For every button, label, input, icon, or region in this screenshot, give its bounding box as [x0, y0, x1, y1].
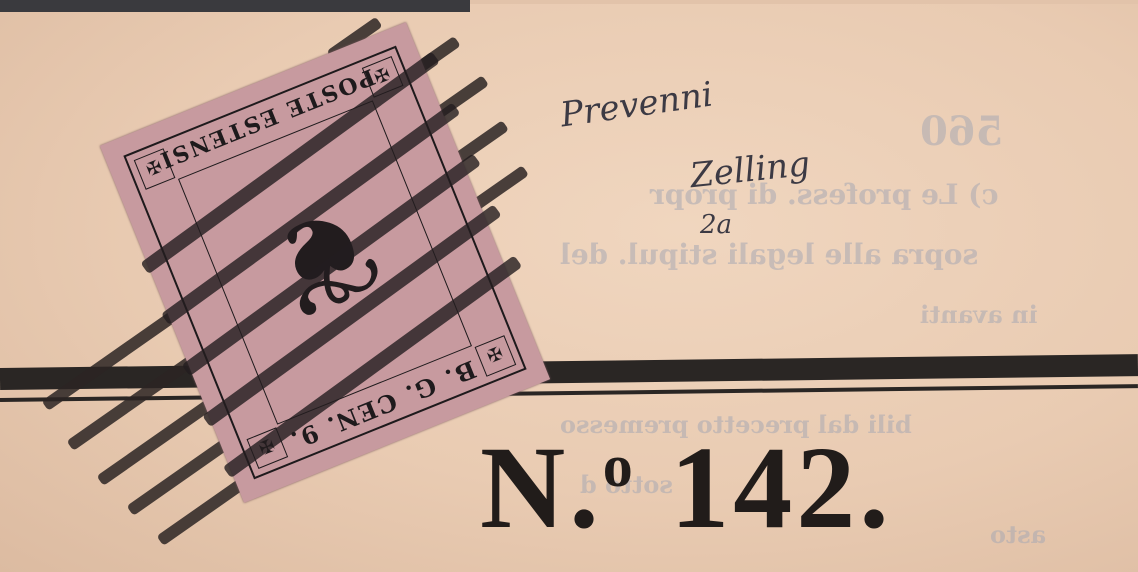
paper-edge	[470, 0, 1138, 4]
ghost-line-6: asto	[990, 520, 1046, 549]
handwriting-line-1: Prevenni	[558, 75, 715, 136]
paper-edge-dark	[0, 0, 470, 12]
issue-number: N.o 142.	[480, 420, 893, 556]
ghost-line-3: in avanti	[920, 300, 1038, 329]
issue-prefix: N.	[480, 422, 603, 553]
issue-degree: o	[603, 433, 637, 499]
issue-value: 142.	[670, 422, 893, 553]
ghost-line-2: sopra alle legali stipul. del	[560, 238, 978, 271]
ghost-number: 560	[920, 108, 1004, 155]
handwriting-line-3: 2a	[700, 210, 732, 240]
